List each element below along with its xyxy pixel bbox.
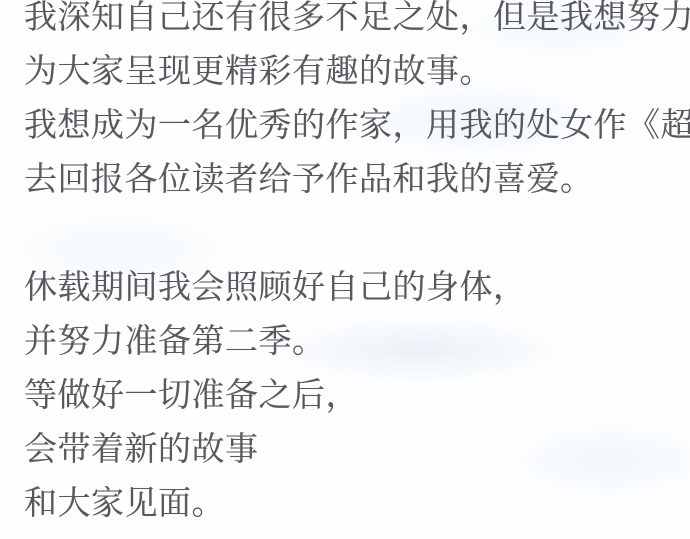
text-line: 等做好一切准备之后， xyxy=(24,368,684,422)
text-line: 我想成为一名优秀的作家，用我的处女作《超人的时代》 xyxy=(24,98,684,152)
paragraph-1: 我深知自己还有很多不足之处，但是我想努力成长 为大家呈现更精彩有趣的故事。 我想… xyxy=(24,0,684,206)
text-line: 并努力准备第二季。 xyxy=(24,314,684,368)
paragraph-2: 休载期间我会照顾好自己的身体， 并努力准备第二季。 等做好一切准备之后， 会带着… xyxy=(24,260,684,530)
text-line: 休载期间我会照顾好自己的身体， xyxy=(24,260,684,314)
text-line: 我深知自己还有很多不足之处，但是我想努力成长 xyxy=(24,0,684,44)
text-line: 去回报各位读者给予作品和我的喜爱。 xyxy=(24,152,684,206)
text-line: 和大家见面。 xyxy=(24,476,684,530)
handwritten-text-block: 我深知自己还有很多不足之处，但是我想努力成长 为大家呈现更精彩有趣的故事。 我想… xyxy=(24,0,684,530)
comic-afterword-page: { "page": { "description": "Handwritten-… xyxy=(0,0,690,539)
text-line: 会带着新的故事 xyxy=(24,422,684,476)
text-line: 为大家呈现更精彩有趣的故事。 xyxy=(24,44,684,98)
